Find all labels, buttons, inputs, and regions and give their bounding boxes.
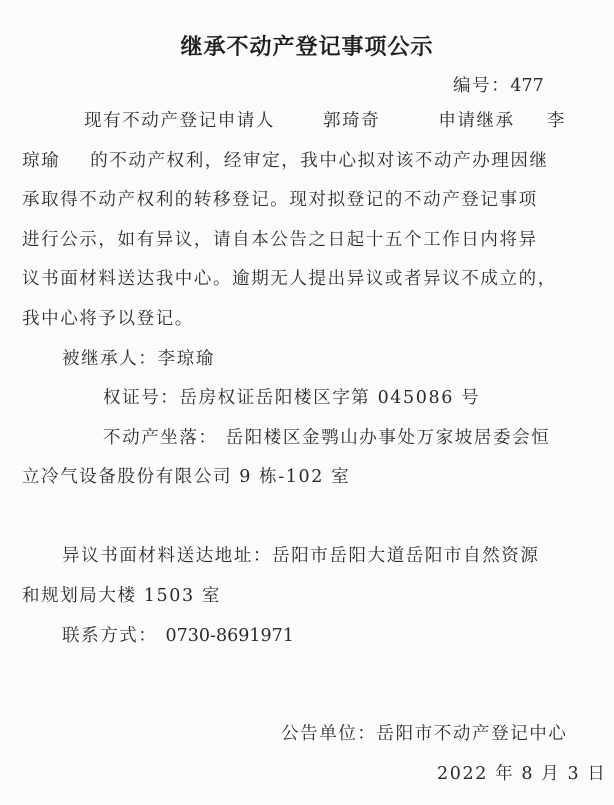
- body-line-5: 议书面材料送达我中心。逾期无人提出异议或者异议不成立的，: [22, 265, 557, 290]
- decedent-label: 被继承人：: [62, 349, 158, 369]
- certificate-value: 岳房权证岳阳楼区字第 045086 号: [179, 388, 480, 408]
- objection-address-label: 异议书面材料送达地址：: [62, 546, 272, 566]
- body-line-1-prefix: 现有不动产登记申请人: [84, 111, 275, 131]
- location-value-1: 岳阳楼区金鹗山办事处万家坡居委会恒: [226, 428, 551, 448]
- contact-line: 联系方式：0730-8691971: [62, 622, 294, 647]
- body-line-4: 进行公示，如有异议，请自本公告之日起十五个工作日内将异: [22, 226, 538, 251]
- serial-number: 477: [510, 76, 543, 96]
- serial-label: 编号：: [453, 76, 510, 96]
- certificate-label: 权证号：: [103, 388, 179, 408]
- location-line-1: 不动产坐落：岳阳楼区金鹗山办事处万家坡居委会恒: [103, 424, 550, 449]
- document-title: 继承不动产登记事项公示: [0, 30, 614, 61]
- body-line-2-rest: 的不动产权利，经审定，我中心拟对该不动产办理因继: [90, 151, 548, 171]
- issuer-label: 公告单位：: [281, 724, 377, 744]
- notice-date: 2022 年 8 月 3 日: [437, 760, 607, 785]
- objection-address-line-2: 和规划局大楼 1503 室: [22, 582, 221, 607]
- issuer-line: 公告单位：岳阳市不动产登记中心: [281, 720, 568, 745]
- decedent-value: 李琼瑜: [158, 349, 215, 369]
- decedent-name-part1: 李: [547, 111, 566, 131]
- objection-address-line-1: 异议书面材料送达地址：岳阳市岳阳大道岳阳市自然资源: [62, 542, 540, 567]
- body-line-1: 现有不动产登记申请人郭琦奇申请继承李: [84, 107, 566, 132]
- decedent-line: 被继承人：李琼瑜: [62, 345, 215, 370]
- objection-address-value-1: 岳阳市岳阳大道岳阳市自然资源: [272, 546, 539, 566]
- body-line-6: 我中心将予以登记。: [22, 305, 194, 330]
- serial-number-line: 编号：477: [453, 72, 544, 97]
- decedent-name-part2: 琼瑜: [22, 151, 60, 171]
- body-line-1-mid: 申请继承: [438, 111, 514, 131]
- applicant-name: 郭琦奇: [323, 111, 380, 131]
- issuer-value: 岳阳市不动产登记中心: [377, 724, 568, 744]
- notice-document: 继承不动产登记事项公示 编号：477 现有不动产登记申请人郭琦奇申请继承李 琼瑜…: [0, 0, 614, 805]
- location-label: 不动产坐落：: [103, 428, 218, 448]
- body-line-2: 琼瑜的不动产权利，经审定，我中心拟对该不动产办理因继: [22, 147, 549, 172]
- location-line-2: 立冷气设备股份有限公司 9 栋-102 室: [22, 463, 350, 488]
- certificate-line: 权证号：岳房权证岳阳楼区字第 045086 号: [103, 384, 480, 409]
- contact-phone: 0730-8691971: [166, 626, 294, 646]
- contact-label: 联系方式：: [62, 626, 158, 646]
- body-line-3: 承取得不动产权利的转移登记。现对拟登记的不动产登记事项: [22, 186, 538, 211]
